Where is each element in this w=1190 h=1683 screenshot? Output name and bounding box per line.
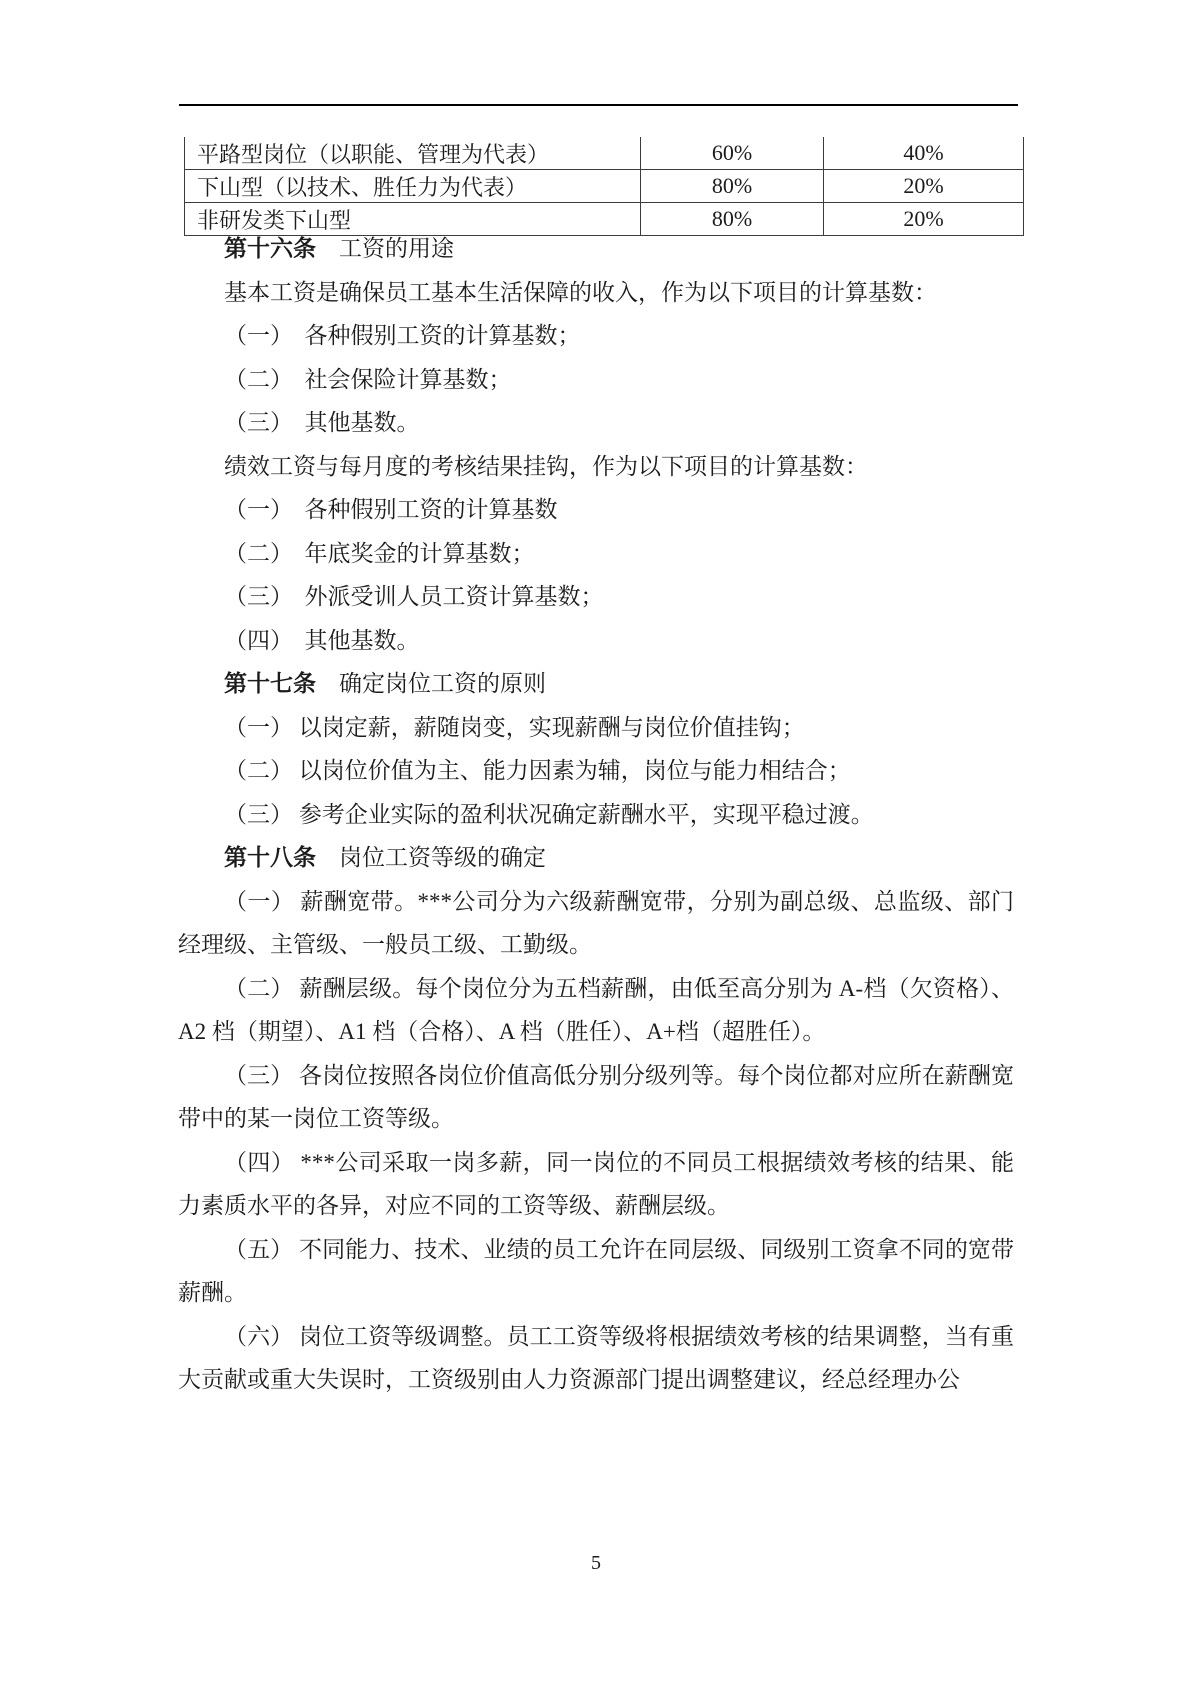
list-item: （一） 以岗定薪，薪随岗变，实现薪酬与岗位价值挂钩； xyxy=(178,706,1014,750)
table-row: 下山型（以技术、胜任力为代表） 80% 20% xyxy=(185,170,1024,203)
list-item: （五） 不同能力、技术、业绩的员工允许在同层级、同级别工资拿不同的宽带薪酬。 xyxy=(178,1228,1014,1315)
list-item: （二） 以岗位价值为主、能力因素为辅，岗位与能力相结合； xyxy=(178,749,1014,793)
list-item: （四） ***公司采取一岗多薪，同一岗位的不同员工根据绩效考核的结果、能力素质水… xyxy=(178,1141,1014,1228)
list-item: （二） 社会保险计算基数； xyxy=(178,358,1014,402)
article-heading: 第十七条 确定岗位工资的原则 xyxy=(178,662,1014,706)
document-page: 平路型岗位（以职能、管理为代表） 60% 40% 下山型（以技术、胜任力为代表）… xyxy=(0,0,1190,1683)
article-number: 第十六条 xyxy=(224,236,316,261)
list-item: （二） 薪酬层级。每个岗位分为五档薪酬，由低至高分别为 A-档（欠资格）、A2 … xyxy=(178,967,1014,1054)
document-body: 第十六条 工资的用途 基本工资是确保员工基本生活保障的收入，作为以下项目的计算基… xyxy=(178,227,1014,1402)
article-heading: 第十八条 岗位工资等级的确定 xyxy=(178,836,1014,880)
salary-structure-table: 平路型岗位（以职能、管理为代表） 60% 40% 下山型（以技术、胜任力为代表）… xyxy=(184,137,1024,236)
table-cell-base-ratio: 60% xyxy=(641,137,824,170)
paragraph: 基本工资是确保员工基本生活保障的收入，作为以下项目的计算基数： xyxy=(178,271,1014,315)
table-cell-performance-ratio: 40% xyxy=(824,137,1024,170)
page-number: 5 xyxy=(178,1552,1014,1575)
list-item: （一） 各种假别工资的计算基数； xyxy=(178,314,1014,358)
table-cell-performance-ratio: 20% xyxy=(824,170,1024,203)
list-item: （一） 各种假别工资的计算基数 xyxy=(178,488,1014,532)
list-item: （三） 外派受训人员工资计算基数； xyxy=(178,575,1014,619)
list-item: （六） 岗位工资等级调整。员工工资等级将根据绩效考核的结果调整，当有重大贡献或重… xyxy=(178,1315,1014,1402)
table-cell-position-type: 下山型（以技术、胜任力为代表） xyxy=(185,170,641,203)
list-item: （四） 其他基数。 xyxy=(178,619,1014,663)
paragraph: 绩效工资与每月度的考核结果挂钩，作为以下项目的计算基数： xyxy=(178,445,1014,489)
article-number: 第十八条 xyxy=(224,845,316,870)
header-rule xyxy=(179,104,1018,106)
article-number: 第十七条 xyxy=(224,671,316,696)
list-item: （三） 参考企业实际的盈利状况确定薪酬水平，实现平稳过渡。 xyxy=(178,793,1014,837)
list-item: （三） 各岗位按照各岗位价值高低分别分级列等。每个岗位都对应所在薪酬宽带中的某一… xyxy=(178,1054,1014,1141)
list-item: （二） 年底奖金的计算基数； xyxy=(178,532,1014,576)
list-item: （一） 薪酬宽带。***公司分为六级薪酬宽带，分别为副总级、总监级、部门经理级、… xyxy=(178,880,1014,967)
list-item: （三） 其他基数。 xyxy=(178,401,1014,445)
table-cell-position-type: 平路型岗位（以职能、管理为代表） xyxy=(185,137,641,170)
table-cell-base-ratio: 80% xyxy=(641,170,824,203)
table-row: 平路型岗位（以职能、管理为代表） 60% 40% xyxy=(185,137,1024,170)
article-heading: 第十六条 工资的用途 xyxy=(178,227,1014,271)
